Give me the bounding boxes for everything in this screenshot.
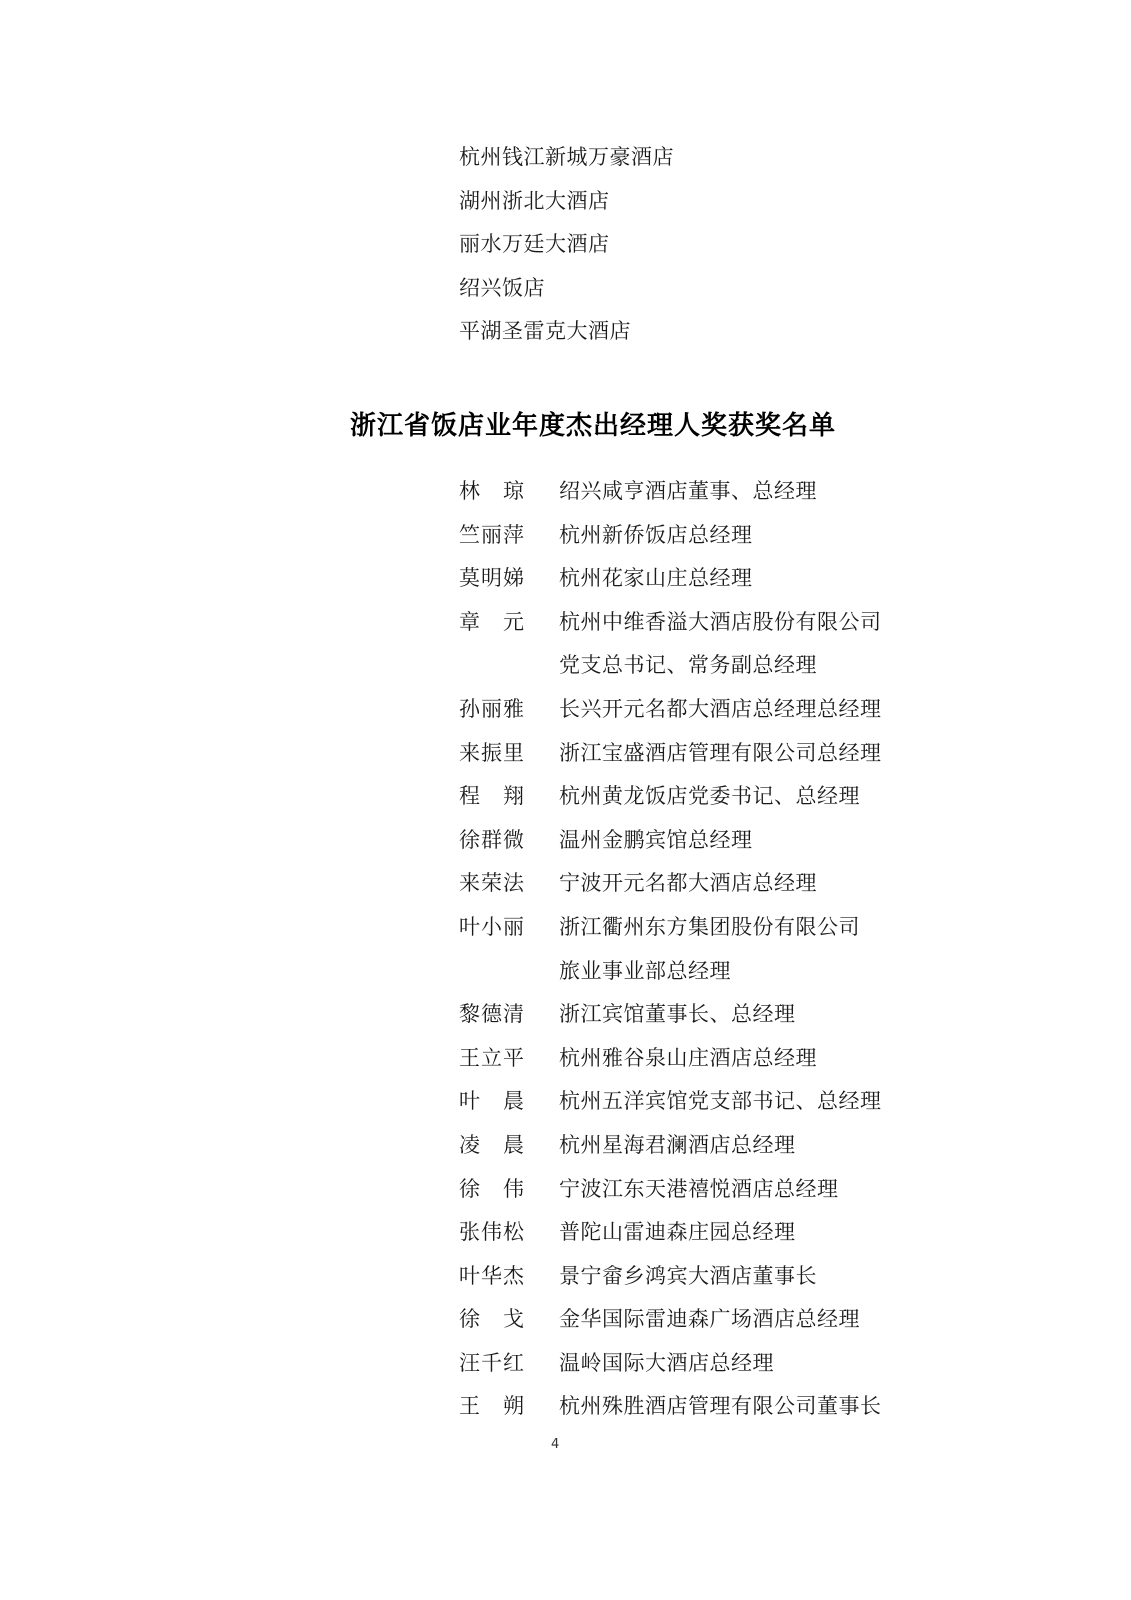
- document-page: 杭州钱江新城万豪酒店 湖州浙北大酒店 丽水万廷大酒店 绍兴饭店 平湖圣雷克大酒店…: [0, 0, 1131, 1600]
- manager-title: 杭州雅谷泉山庄酒店总经理: [559, 1041, 817, 1085]
- manager-entry: 林 琼 绍兴咸亨酒店董事、总经理: [459, 474, 882, 518]
- manager-entry: 来荣法 宁波开元名都大酒店总经理: [459, 866, 882, 910]
- manager-title: 杭州中维香溢大酒店股份有限公司 党支总书记、常务副总经理: [559, 605, 882, 692]
- manager-name: 王 朔: [459, 1389, 559, 1433]
- manager-title: 温岭国际大酒店总经理: [559, 1346, 774, 1390]
- hotel-item: 平湖圣雷克大酒店: [459, 314, 674, 358]
- manager-title: 宁波开元名都大酒店总经理: [559, 866, 817, 910]
- manager-name: 章 元: [459, 605, 559, 649]
- manager-entry: 孙丽雅 长兴开元名都大酒店总经理总经理: [459, 692, 882, 736]
- manager-entry: 凌 晨 杭州星海君澜酒店总经理: [459, 1128, 882, 1172]
- manager-entry: 叶小丽 浙江衢州东方集团股份有限公司 旅业事业部总经理: [459, 910, 882, 997]
- hotel-item: 湖州浙北大酒店: [459, 184, 674, 228]
- manager-entry: 叶华杰 景宁畲乡鸿宾大酒店董事长: [459, 1259, 882, 1303]
- manager-name: 徐 戈: [459, 1302, 559, 1346]
- page-number: 4: [551, 1437, 559, 1452]
- manager-title: 绍兴咸亨酒店董事、总经理: [559, 474, 817, 518]
- manager-name: 张伟松: [459, 1215, 559, 1259]
- manager-name: 凌 晨: [459, 1128, 559, 1172]
- manager-entry: 程 翔 杭州黄龙饭店党委书记、总经理: [459, 779, 882, 823]
- manager-entry: 来振里 浙江宝盛酒店管理有限公司总经理: [459, 736, 882, 780]
- manager-title: 普陀山雷迪森庄园总经理: [559, 1215, 796, 1259]
- hotel-item: 绍兴饭店: [459, 271, 674, 315]
- section-title: 浙江省饭店业年度杰出经理人奖获奖名单: [350, 405, 836, 442]
- hotel-item: 杭州钱江新城万豪酒店: [459, 140, 674, 184]
- manager-name: 徐 伟: [459, 1172, 559, 1216]
- manager-title: 浙江宝盛酒店管理有限公司总经理: [559, 736, 882, 780]
- manager-name: 莫明娣: [459, 561, 559, 605]
- manager-title: 杭州花家山庄总经理: [559, 561, 753, 605]
- manager-name: 来振里: [459, 736, 559, 780]
- manager-name: 叶小丽: [459, 910, 559, 954]
- manager-name: 孙丽雅: [459, 692, 559, 736]
- manager-entry: 徐 伟 宁波江东天港禧悦酒店总经理: [459, 1172, 882, 1216]
- manager-name: 王立平: [459, 1041, 559, 1085]
- manager-entry: 黎德清 浙江宾馆董事长、总经理: [459, 997, 882, 1041]
- manager-award-list: 林 琼 绍兴咸亨酒店董事、总经理 竺丽萍 杭州新侨饭店总经理 莫明娣 杭州花家山…: [459, 474, 882, 1433]
- manager-entry: 张伟松 普陀山雷迪森庄园总经理: [459, 1215, 882, 1259]
- hotel-item: 丽水万廷大酒店: [459, 227, 674, 271]
- manager-name: 来荣法: [459, 866, 559, 910]
- manager-entry: 徐群微 温州金鹏宾馆总经理: [459, 823, 882, 867]
- manager-entry: 莫明娣 杭州花家山庄总经理: [459, 561, 882, 605]
- manager-title: 宁波江东天港禧悦酒店总经理: [559, 1172, 839, 1216]
- manager-entry: 叶 晨 杭州五洋宾馆党支部书记、总经理: [459, 1084, 882, 1128]
- manager-name: 叶 晨: [459, 1084, 559, 1128]
- manager-name: 林 琼: [459, 474, 559, 518]
- hotel-award-list: 杭州钱江新城万豪酒店 湖州浙北大酒店 丽水万廷大酒店 绍兴饭店 平湖圣雷克大酒店: [459, 140, 674, 358]
- manager-title: 温州金鹏宾馆总经理: [559, 823, 753, 867]
- manager-entry: 徐 戈 金华国际雷迪森广场酒店总经理: [459, 1302, 882, 1346]
- manager-entry: 王立平 杭州雅谷泉山庄酒店总经理: [459, 1041, 882, 1085]
- manager-entry: 汪千红 温岭国际大酒店总经理: [459, 1346, 882, 1390]
- manager-title: 杭州黄龙饭店党委书记、总经理: [559, 779, 860, 823]
- manager-title: 杭州星海君澜酒店总经理: [559, 1128, 796, 1172]
- manager-entry: 王 朔 杭州殊胜酒店管理有限公司董事长: [459, 1389, 882, 1433]
- manager-name: 竺丽萍: [459, 518, 559, 562]
- manager-title: 浙江宾馆董事长、总经理: [559, 997, 796, 1041]
- manager-title: 金华国际雷迪森广场酒店总经理: [559, 1302, 860, 1346]
- manager-title: 浙江衢州东方集团股份有限公司 旅业事业部总经理: [559, 910, 860, 997]
- manager-title: 杭州五洋宾馆党支部书记、总经理: [559, 1084, 882, 1128]
- manager-title: 杭州殊胜酒店管理有限公司董事长: [559, 1389, 882, 1433]
- manager-title: 长兴开元名都大酒店总经理总经理: [559, 692, 882, 736]
- manager-title: 杭州新侨饭店总经理: [559, 518, 753, 562]
- manager-name: 汪千红: [459, 1346, 559, 1390]
- manager-entry: 竺丽萍 杭州新侨饭店总经理: [459, 518, 882, 562]
- manager-title: 景宁畲乡鸿宾大酒店董事长: [559, 1259, 817, 1303]
- manager-name: 叶华杰: [459, 1259, 559, 1303]
- manager-name: 徐群微: [459, 823, 559, 867]
- manager-entry: 章 元 杭州中维香溢大酒店股份有限公司 党支总书记、常务副总经理: [459, 605, 882, 692]
- manager-name: 程 翔: [459, 779, 559, 823]
- manager-name: 黎德清: [459, 997, 559, 1041]
